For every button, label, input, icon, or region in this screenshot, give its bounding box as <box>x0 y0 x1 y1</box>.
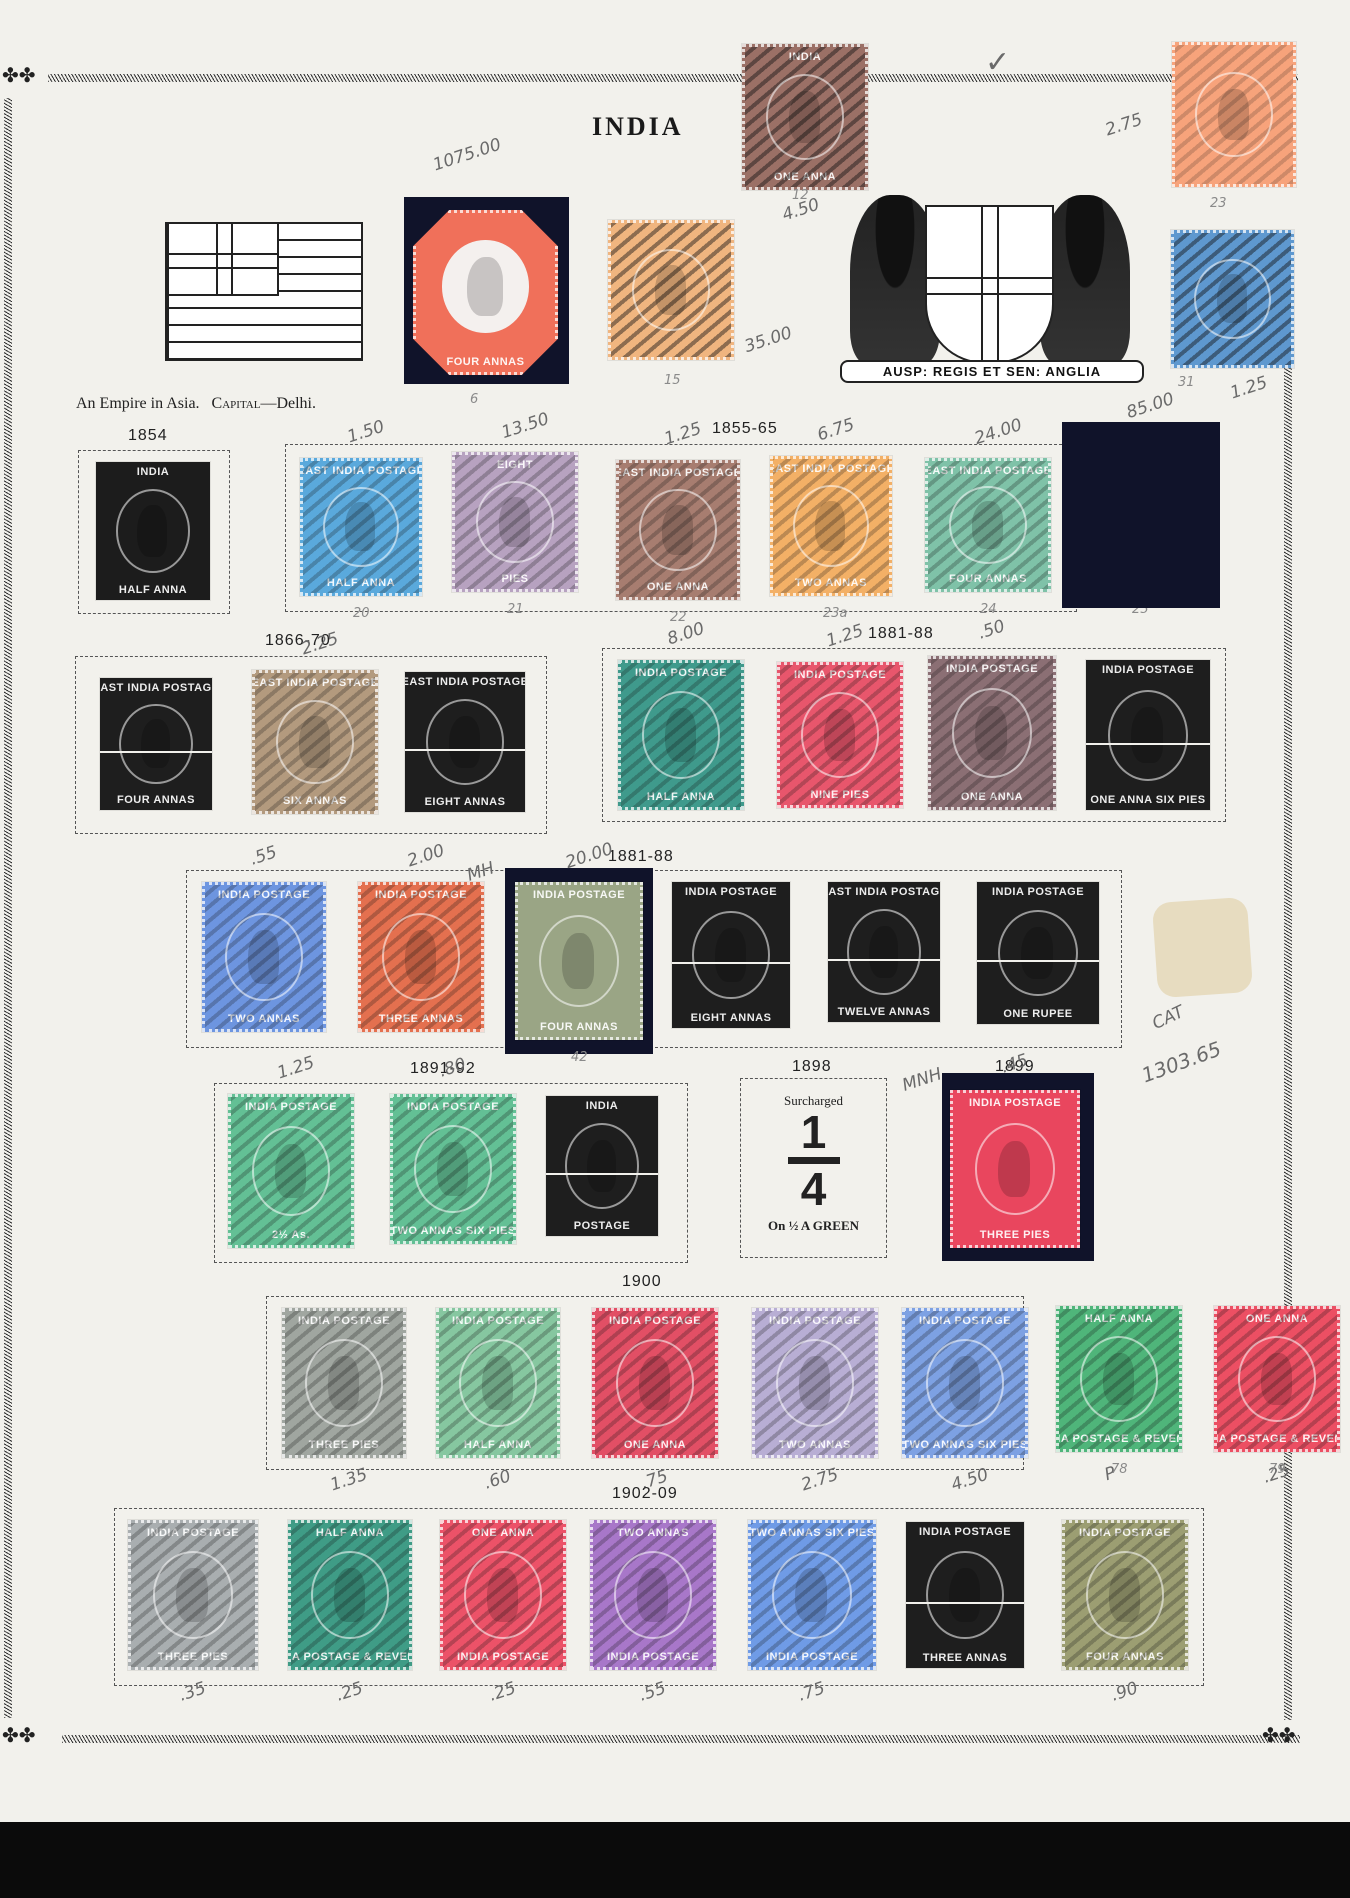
printed-stamp-image: INDIA POSTAGETHREE ANNAS <box>906 1522 1024 1668</box>
caption-capital-value: —Delhi. <box>260 395 316 412</box>
section-year: 1854 <box>128 427 168 445</box>
surcharge-space: Surcharged 1 4 On ½ A GREEN <box>740 1078 887 1258</box>
price-note: .50 <box>976 616 1008 643</box>
left-border <box>4 98 12 1718</box>
catalog-number: 20 <box>353 606 370 621</box>
stamp[interactable]: INDIA POSTAGETHREE ANNAS <box>358 882 484 1032</box>
surcharge-numerator: 1 <box>741 1109 886 1155</box>
section-year: 1902-09 <box>612 1485 678 1503</box>
right-border <box>1284 250 1292 1720</box>
printed-stamp-image: EAST INDIA POSTAGEEIGHT ANNAS <box>405 672 525 812</box>
catalog-number: 31 <box>1178 375 1195 390</box>
caption-prefix: An Empire in Asia. <box>76 395 200 412</box>
section-year: 1900 <box>622 1273 662 1291</box>
page-title: INDIA <box>592 112 684 142</box>
stamp[interactable]: INDIA POSTAGENINE PIES <box>777 662 903 808</box>
stamp[interactable]: INDIA POSTAGETWO ANNAS <box>752 1308 878 1458</box>
caption-capital-label: Capital <box>212 395 261 412</box>
stamp[interactable]: INDIA POSTAGETWO ANNAS SIX PIES <box>390 1094 516 1244</box>
coat-of-arms-motto: AUSP: REGIS ET SEN: ANGLIA <box>840 360 1144 383</box>
catalog-number: 6 <box>470 392 478 407</box>
price-note: 4.50 <box>780 195 822 226</box>
section-year: 1881-88 <box>868 625 934 643</box>
price-note: .60 <box>482 1466 514 1493</box>
corner-ornament-icon: ✤✤ <box>2 66 36 86</box>
printed-stamp-image: INDIA POSTAGEONE RUPEE <box>977 882 1099 1024</box>
stamp[interactable]: INDIA POSTAGETHREE PIES <box>950 1090 1080 1248</box>
section-year: 1855-65 <box>712 420 778 438</box>
price-note: 1.25 <box>275 1053 317 1084</box>
stamp[interactable]: EAST INDIA POSTAGESIX ANNAS <box>252 670 378 814</box>
catalog-number: 22 <box>670 610 687 625</box>
stamp[interactable]: FOUR ANNAS <box>413 210 558 375</box>
stamp[interactable]: EIGHTPIES <box>452 452 578 592</box>
printed-stamp-image: EAST INDIA POSTAGEFOUR ANNAS <box>100 678 212 810</box>
stamp[interactable]: TWO ANNAS SIX PIESINDIA POSTAGE <box>748 1520 876 1670</box>
printed-stamp-image: INDIAHALF ANNA <box>96 462 210 600</box>
top-border <box>48 74 1298 82</box>
stamp[interactable]: INDIA POSTAGETWO ANNAS SIX PIES <box>902 1308 1028 1458</box>
stamp[interactable]: INDIAONE ANNA <box>742 44 868 190</box>
stamp[interactable]: INDIA POSTAGETHREE PIES <box>128 1520 258 1670</box>
catalog-number: 42 <box>571 1050 588 1065</box>
stamp[interactable]: HALF ANNAINDIA POSTAGE & REVENUE <box>288 1520 412 1670</box>
stamp[interactable]: HALF ANNAINDIA POSTAGE & REVENUE <box>1056 1306 1182 1452</box>
catalog-number: 78 <box>1111 1462 1128 1477</box>
stamp[interactable]: INDIA POSTAGETHREE PIES <box>282 1308 406 1458</box>
price-note: 2.00 <box>405 841 447 872</box>
stamp[interactable]: INDIA POSTAGEHALF ANNA <box>618 660 744 810</box>
catalog-number: 24 <box>980 602 997 617</box>
catalog-number: 15 <box>664 373 681 388</box>
printed-stamp-image: INDIA POSTAGEONE ANNA SIX PIES <box>1086 660 1210 810</box>
section-year: 1898 <box>792 1058 832 1076</box>
stamp[interactable]: EAST INDIA POSTAGEHALF ANNA <box>300 458 422 596</box>
page-caption: An Empire in Asia. Capital—Delhi. <box>76 395 316 413</box>
stamp[interactable] <box>1172 42 1296 187</box>
price-note: 13.50 <box>499 409 551 443</box>
stamp[interactable]: INDIA POSTAGEONE ANNA <box>928 656 1056 810</box>
stamp[interactable] <box>1171 230 1294 368</box>
price-note: .55 <box>248 842 280 869</box>
price-note: 6.75 <box>815 415 857 446</box>
stamp[interactable]: ONE ANNAINDIA POSTAGE & REVENUE <box>1214 1306 1340 1452</box>
corner-ornament-icon: ✤✤ <box>1262 1726 1296 1746</box>
union-flag-icon <box>165 222 363 361</box>
condition-note: MNH <box>900 1064 944 1095</box>
catalog-number: 79 <box>1269 1462 1286 1477</box>
checkmark-icon: ✓ <box>985 45 1010 80</box>
price-note: 2.75 <box>1103 110 1145 141</box>
stamp[interactable]: INDIA POSTAGEHALF ANNA <box>436 1308 560 1458</box>
stamp[interactable]: EAST INDIA POSTAGEONE ANNA <box>616 460 740 600</box>
price-note: 1.25 <box>1228 373 1270 404</box>
stamp[interactable]: EAST INDIA POSTAGEFOUR ANNAS <box>925 458 1051 592</box>
stamp-mount <box>1062 422 1220 608</box>
stamp[interactable]: INDIA POSTAGEFOUR ANNAS <box>515 882 643 1040</box>
catalog-number: 23a <box>823 606 848 621</box>
price-note: 35.00 <box>742 323 794 357</box>
stamp[interactable] <box>608 220 734 360</box>
catalog-total: 1303.65 <box>1138 1037 1224 1088</box>
stamp[interactable]: ONE ANNAINDIA POSTAGE <box>440 1520 566 1670</box>
bottom-border <box>62 1735 1300 1743</box>
stamp[interactable]: INDIA POSTAGE2½ As. <box>228 1094 354 1248</box>
stamp[interactable]: INDIA POSTAGEFOUR ANNAS <box>1062 1520 1188 1670</box>
surcharge-note: On ½ A GREEN <box>741 1218 886 1234</box>
stamp[interactable]: INDIA POSTAGEONE ANNA <box>592 1308 718 1458</box>
catalog-number: 21 <box>507 602 524 617</box>
printed-stamp-image: INDIAPOSTAGE <box>546 1096 658 1236</box>
price-note: 1.25 <box>824 621 866 652</box>
catalog-label: CAT <box>1149 1002 1187 1034</box>
coat-of-arms-icon: AUSP: REGIS ET SEN: ANGLIA <box>830 150 1150 405</box>
section-year: 1881-88 <box>608 848 674 866</box>
stamp[interactable]: TWO ANNASINDIA POSTAGE <box>590 1520 716 1670</box>
stamp-hinge <box>1152 897 1253 998</box>
printed-stamp-image: EAST INDIA POSTAGETWELVE ANNAS <box>828 882 940 1022</box>
album-page: ✤✤ ✤✤ ✤✤ INDIA An Empire in Asia. Capita… <box>0 0 1350 1822</box>
stamp[interactable]: INDIA POSTAGETWO ANNAS <box>202 882 326 1032</box>
stamp[interactable]: EAST INDIA POSTAGETWO ANNAS <box>770 456 892 596</box>
surcharge-denominator: 4 <box>741 1166 886 1212</box>
price-note: 1075.00 <box>431 135 504 176</box>
printed-stamp-image: INDIA POSTAGEEIGHT ANNAS <box>672 882 790 1028</box>
catalog-number: 23 <box>1210 196 1227 211</box>
price-note: 1.50 <box>345 417 387 448</box>
corner-ornament-icon: ✤✤ <box>2 1726 36 1746</box>
